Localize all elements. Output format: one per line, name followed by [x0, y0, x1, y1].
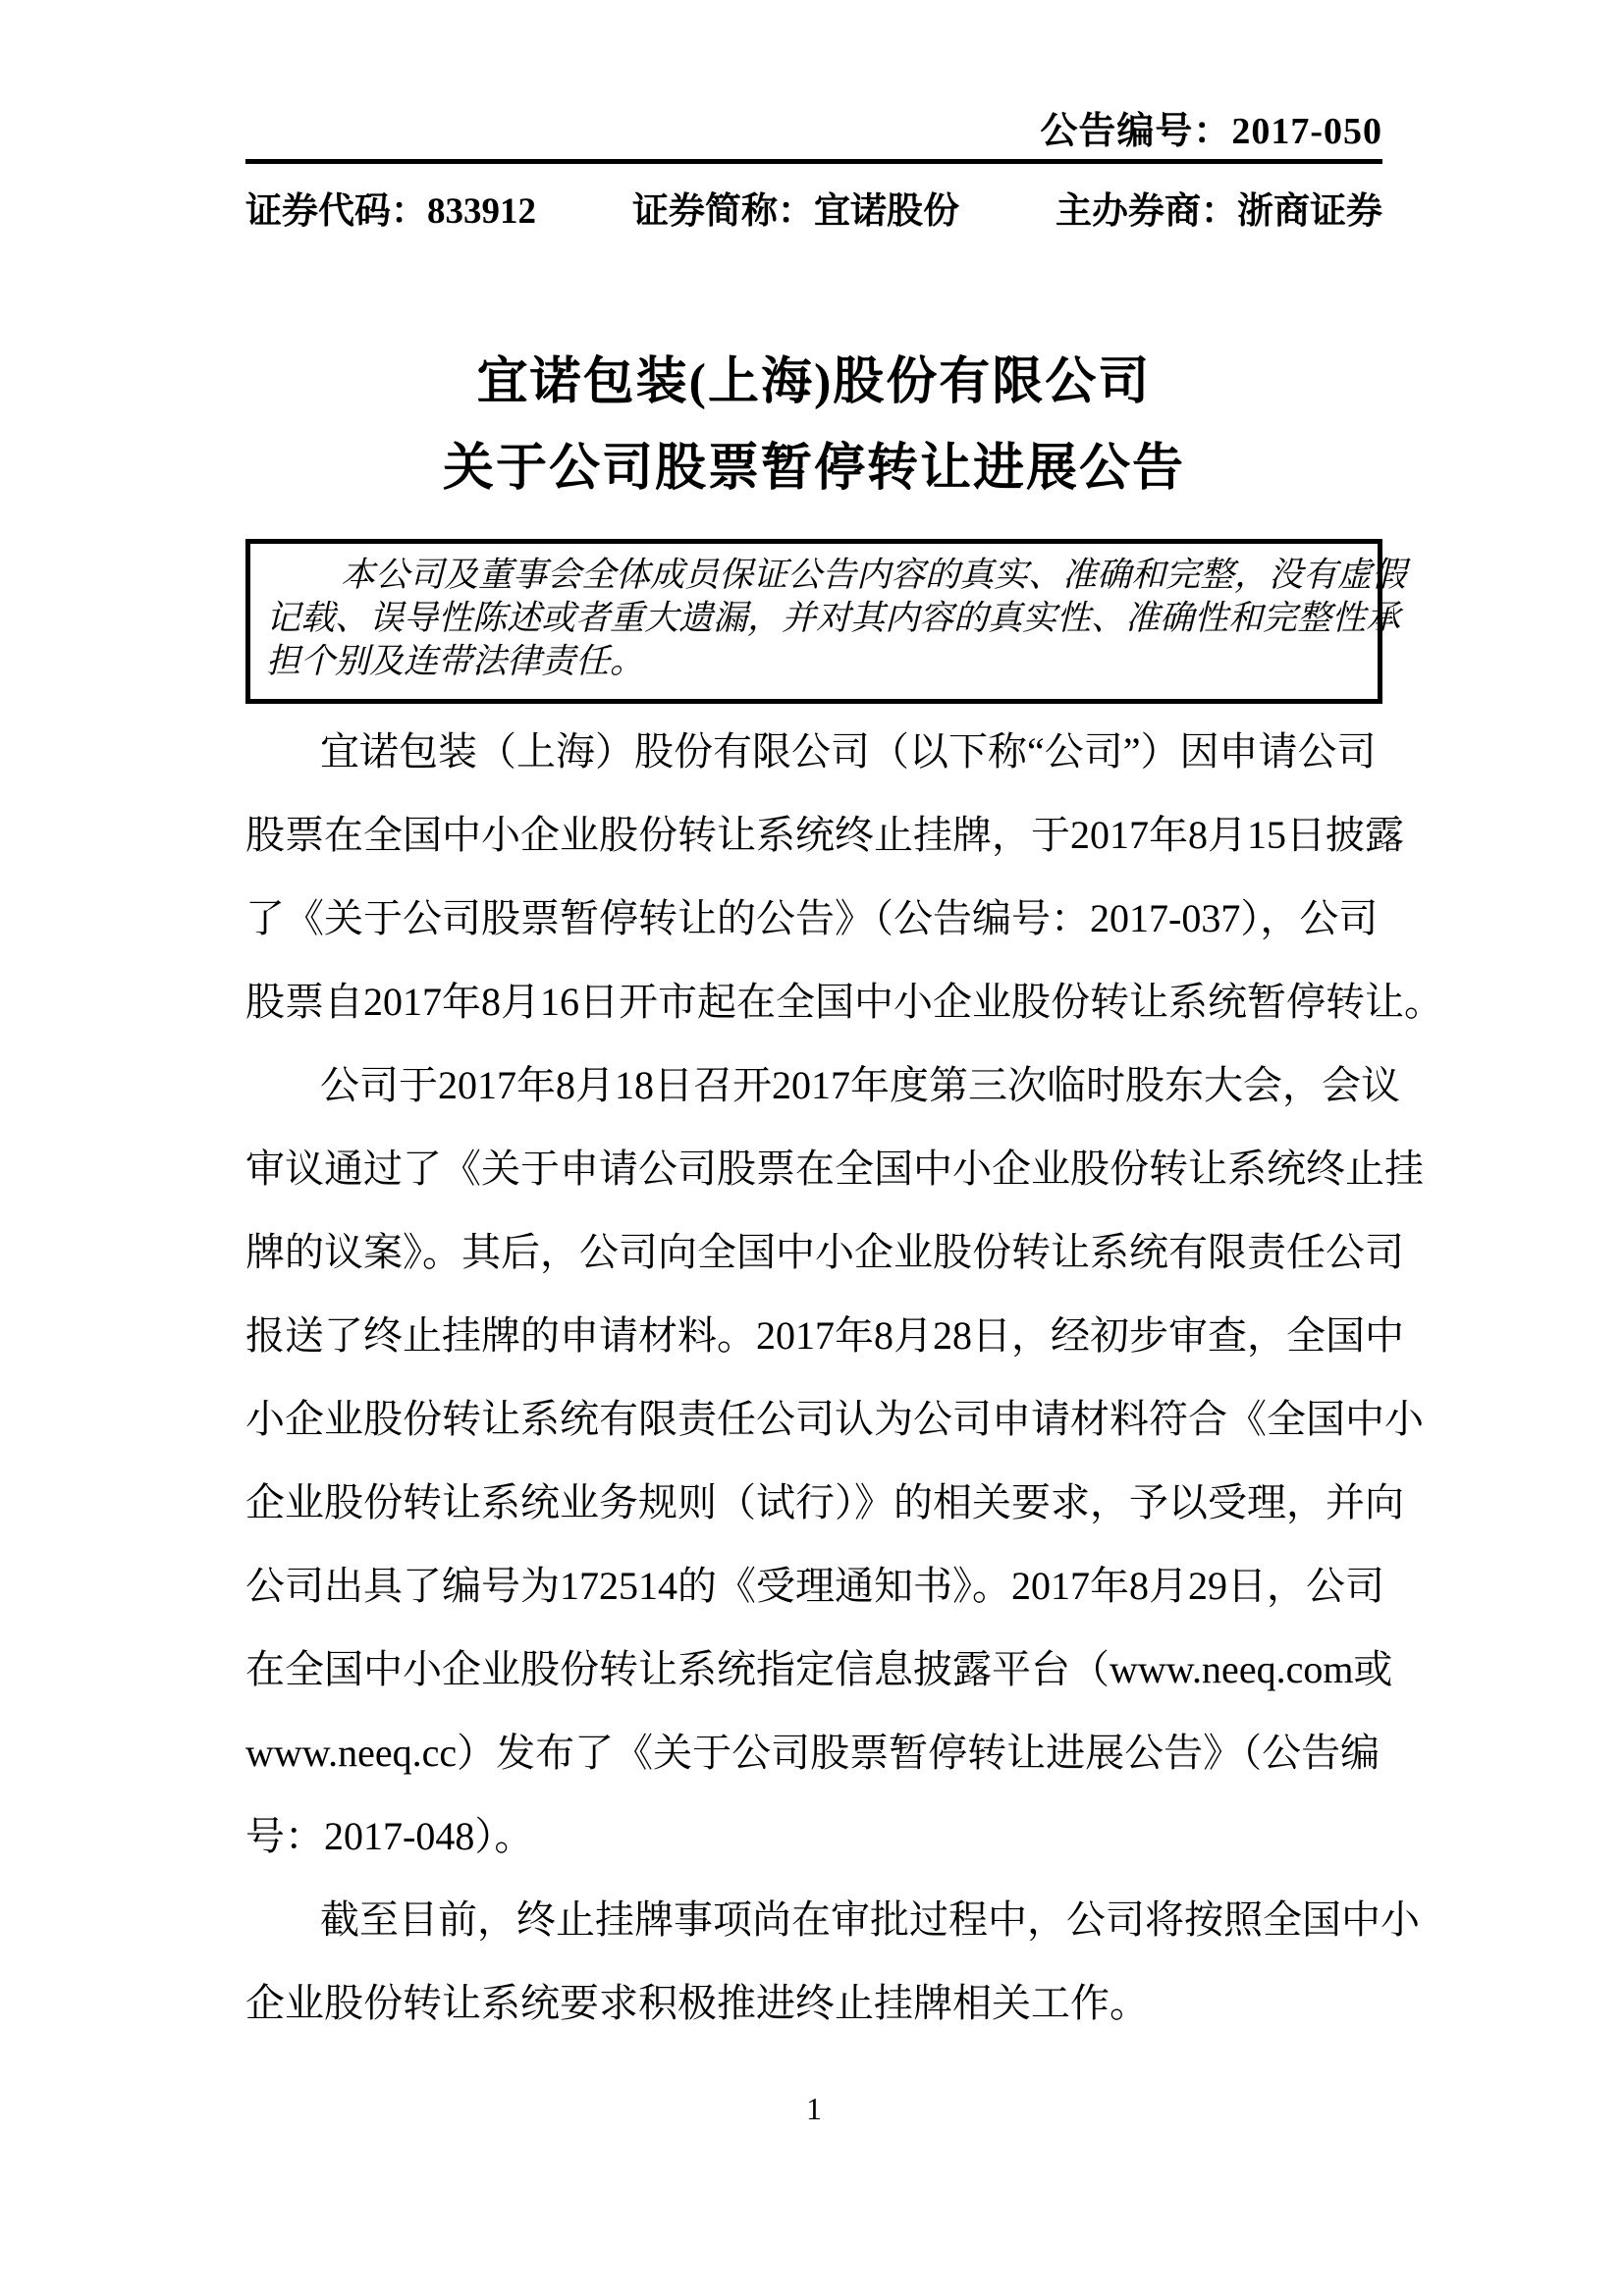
body-line: 在全国中小企业股份转让系统指定信息披露平台（www.neeq.com或 [245, 1628, 1382, 1711]
body-line: 公司出具了编号为172514的《受理通知书》。2017年8月29日，公司 [245, 1544, 1382, 1628]
body-line: 截至目前，终止挂牌事项尚在审批过程中，公司将按照全国中小 [245, 1878, 1382, 1961]
company-name-title: 宜诺包装(上海)股份有限公司 [245, 352, 1382, 413]
header-divider-line [245, 159, 1382, 164]
stock-short-name: 证券简称：宜诺股份 [632, 191, 959, 233]
announcement-title: 关于公司股票暂停转让进展公告 [245, 439, 1382, 500]
document-page: 公告编号：2017-050 证券代码：833912 证券简称：宜诺股份 主办券商… [245, 0, 1382, 2127]
body-line: 审议通过了《关于申请公司股票在全国中小企业股份转让系统终止挂 [245, 1127, 1382, 1210]
securities-meta-row: 证券代码：833912 证券简称：宜诺股份 主办券商：浙商证券 [245, 191, 1382, 233]
stock-code: 证券代码：833912 [245, 191, 536, 233]
body-line: 报送了终止挂牌的申请材料。2017年8月28日，经初步审查，全国中 [245, 1294, 1382, 1377]
paragraph-3: 截至目前，终止挂牌事项尚在审批过程中，公司将按照全国中小 企业股份转让系统要求积… [245, 1878, 1382, 2045]
body-line: www.neeq.cc）发布了《关于公司股票暂停转让进展公告》（公告编 [245, 1711, 1382, 1794]
body-line: 号：2017-048）。 [245, 1794, 1382, 1878]
disclaimer-line: 担个别及连带法律责任。 [266, 640, 1362, 683]
body-line: 股票自2017年8月16日开市起在全国中小企业股份转让系统暂停转让。 [245, 960, 1382, 1043]
announcement-number: 公告编号：2017-050 [245, 110, 1382, 153]
disclaimer-box: 本公司及董事会全体成员保证公告内容的真实、准确和完整，没有虚假 记载、误导性陈述… [245, 539, 1382, 704]
body-line: 小企业股份转让系统有限责任公司认为公司申请材料符合《全国中小 [245, 1377, 1382, 1461]
disclaimer-line: 记载、误导性陈述或者重大遗漏，并对其内容的真实性、准确性和完整性承 [266, 597, 1362, 640]
announcement-body: 宜诺包装（上海）股份有限公司（以下称“公司”）因申请公司 股票在全国中小企业股份… [245, 710, 1382, 2045]
body-line: 企业股份转让系统要求积极推进终止挂牌相关工作。 [245, 1961, 1382, 2045]
body-line: 公司于2017年8月18日召开2017年度第三次临时股东大会，会议 [245, 1043, 1382, 1127]
disclaimer-line: 本公司及董事会全体成员保证公告内容的真实、准确和完整，没有虚假 [266, 554, 1362, 597]
paragraph-1: 宜诺包装（上海）股份有限公司（以下称“公司”）因申请公司 股票在全国中小企业股份… [245, 710, 1382, 1043]
body-line: 牌的议案》。其后，公司向全国中小企业股份转让系统有限责任公司 [245, 1210, 1382, 1294]
page-number: 1 [245, 2090, 1382, 2127]
paragraph-2: 公司于2017年8月18日召开2017年度第三次临时股东大会，会议 审议通过了《… [245, 1043, 1382, 1878]
body-line: 企业股份转让系统业务规则（试行）》的相关要求，予以受理，并向 [245, 1461, 1382, 1544]
body-line: 股票在全国中小企业股份转让系统终止挂牌，于2017年8月15日披露 [245, 793, 1382, 877]
body-line: 宜诺包装（上海）股份有限公司（以下称“公司”）因申请公司 [245, 710, 1382, 793]
body-line: 了《关于公司股票暂停转让的公告》（公告编号：2017-037），公司 [245, 877, 1382, 960]
sponsor-broker: 主办券商：浙商证券 [1056, 191, 1382, 233]
